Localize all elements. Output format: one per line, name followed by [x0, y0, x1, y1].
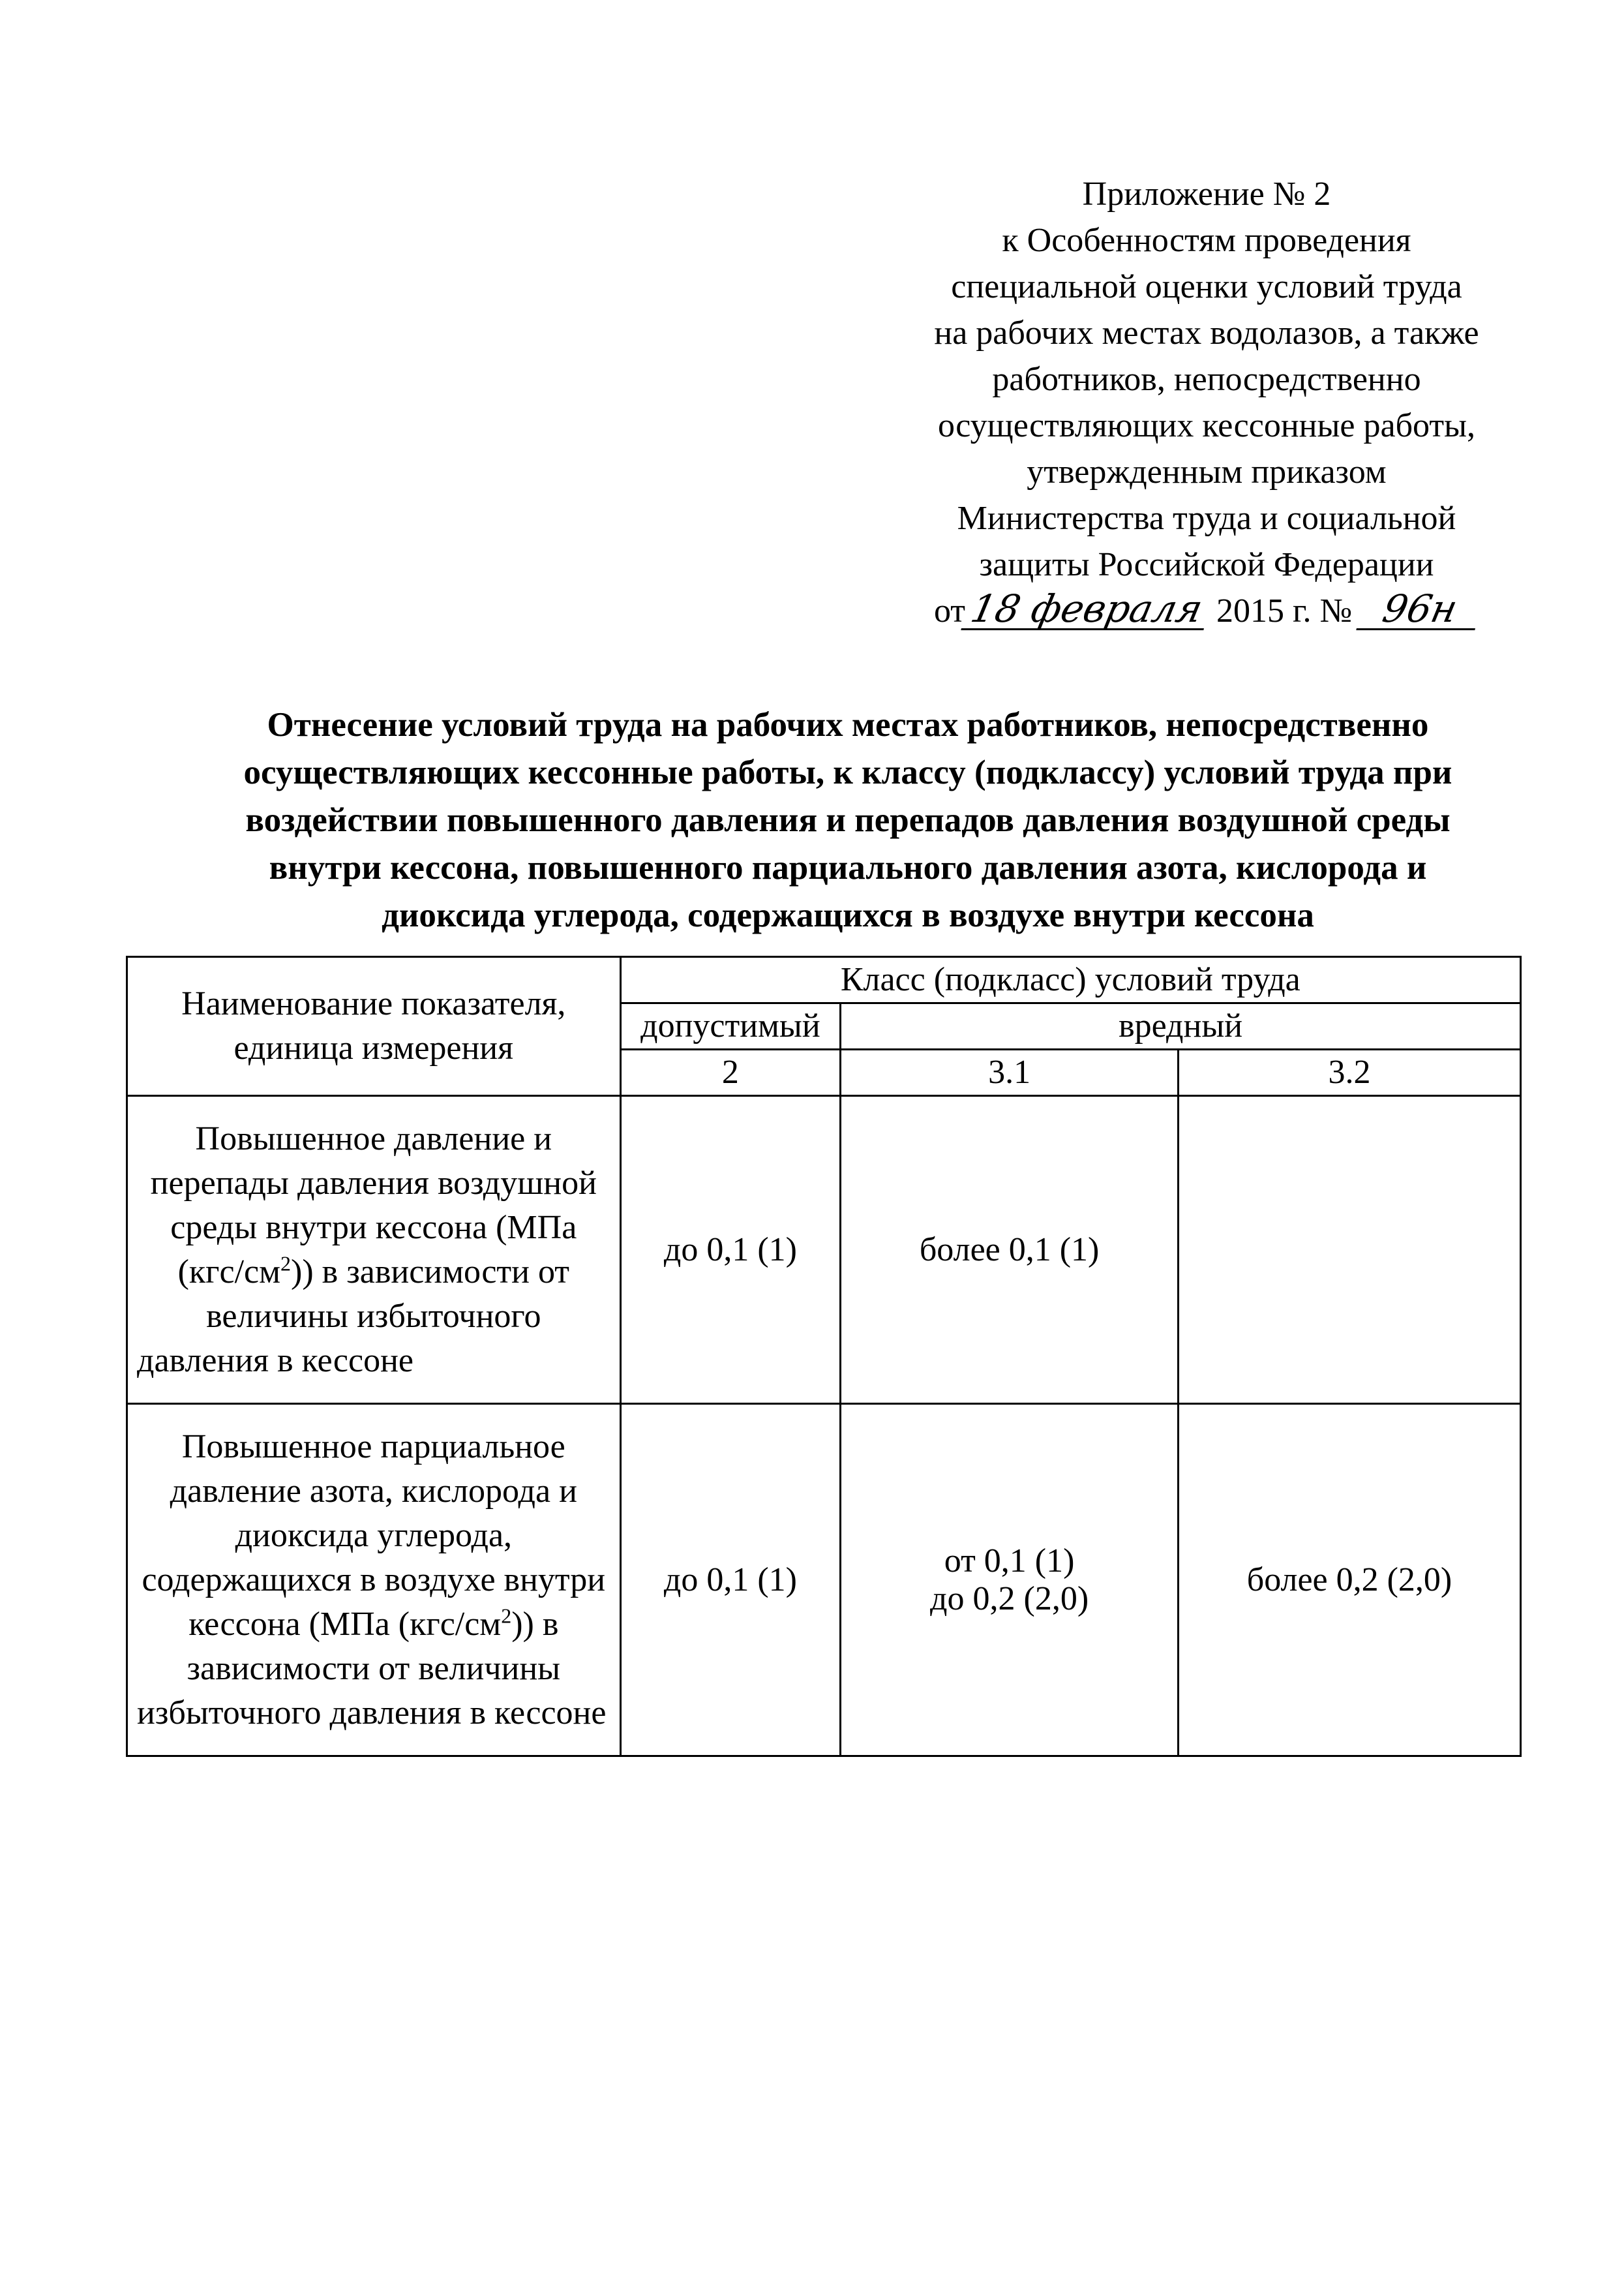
appendix-line: на рабочих местах водолазов, а также	[894, 310, 1520, 356]
appendix-line: осуществляющих кессонные работы,	[894, 403, 1520, 449]
table-row: Повышенное давление и перепады давления …	[127, 1096, 1521, 1404]
cell-class-3-2	[1178, 1096, 1520, 1404]
cell-class-3-2: более 0,2 (2,0)	[1178, 1404, 1520, 1756]
title-line: Отнесение условий труда на рабочих места…	[163, 701, 1533, 749]
header-harmful: вредный	[841, 1003, 1521, 1050]
title-line: внутри кессона, повышенного парциального…	[163, 844, 1533, 892]
row-indicator: Повышенное парциальное давление азота, к…	[127, 1404, 621, 1756]
order-number-handwritten: 96н	[1356, 589, 1483, 630]
row-indicator: Повышенное давление и перепады давления …	[127, 1096, 621, 1404]
order-year-text: 2015 г. №	[1216, 592, 1352, 630]
table-row: Повышенное парциальное давление азота, к…	[127, 1404, 1521, 1756]
appendix-line: к Особенностям проведения	[894, 217, 1520, 264]
header-class-group: Класс (подкласс) условий труда	[620, 957, 1520, 1003]
order-date-prefix: от	[934, 592, 965, 630]
appendix-header: Приложение № 2 к Особенностям проведения…	[894, 171, 1520, 634]
header-indicator: Наименование показателя, единица измерен…	[127, 957, 621, 1096]
document-title: Отнесение условий труда на рабочих места…	[163, 701, 1533, 939]
header-allowed: допустимый	[620, 1003, 841, 1050]
appendix-line: утвержденным приказом	[894, 449, 1520, 495]
value-line: до 0,2 (2,0)	[850, 1580, 1168, 1618]
header-class-3-1: 3.1	[841, 1050, 1179, 1096]
title-line: осуществляющих кессонные работы, к класс…	[163, 749, 1533, 797]
cell-class-2: до 0,1 (1)	[620, 1404, 841, 1756]
superscript: 2	[501, 1604, 511, 1627]
header-row: Наименование показателя, единица измерен…	[127, 957, 1521, 1003]
order-date-line: от18 февраля 2015 г. № 96н	[894, 588, 1520, 634]
header-class-3-2: 3.2	[1178, 1050, 1520, 1096]
superscript: 2	[280, 1251, 291, 1275]
classification-table: Наименование показателя, единица измерен…	[126, 956, 1522, 1757]
appendix-line: Министерства труда и социальной	[894, 495, 1520, 541]
title-line: диоксида углерода, содержащихся в воздух…	[163, 892, 1533, 939]
value-line: от 0,1 (1)	[850, 1542, 1168, 1580]
appendix-line: специальной оценки условий труда	[894, 264, 1520, 310]
value-line: более 0,1 (1)	[850, 1228, 1168, 1272]
cell-class-2: до 0,1 (1)	[620, 1096, 841, 1404]
cell-class-3-1: от 0,1 (1)до 0,2 (2,0)	[841, 1404, 1179, 1756]
order-date-handwritten: 18 февраля	[961, 589, 1212, 630]
appendix-number: Приложение № 2	[894, 171, 1520, 217]
appendix-line: защиты Российской Федерации	[894, 541, 1520, 588]
header-class-2: 2	[620, 1050, 841, 1096]
appendix-line: работников, непосредственно	[894, 356, 1520, 403]
title-line: воздействии повышенного давления и переп…	[163, 797, 1533, 844]
cell-class-3-1: более 0,1 (1)	[841, 1096, 1179, 1404]
